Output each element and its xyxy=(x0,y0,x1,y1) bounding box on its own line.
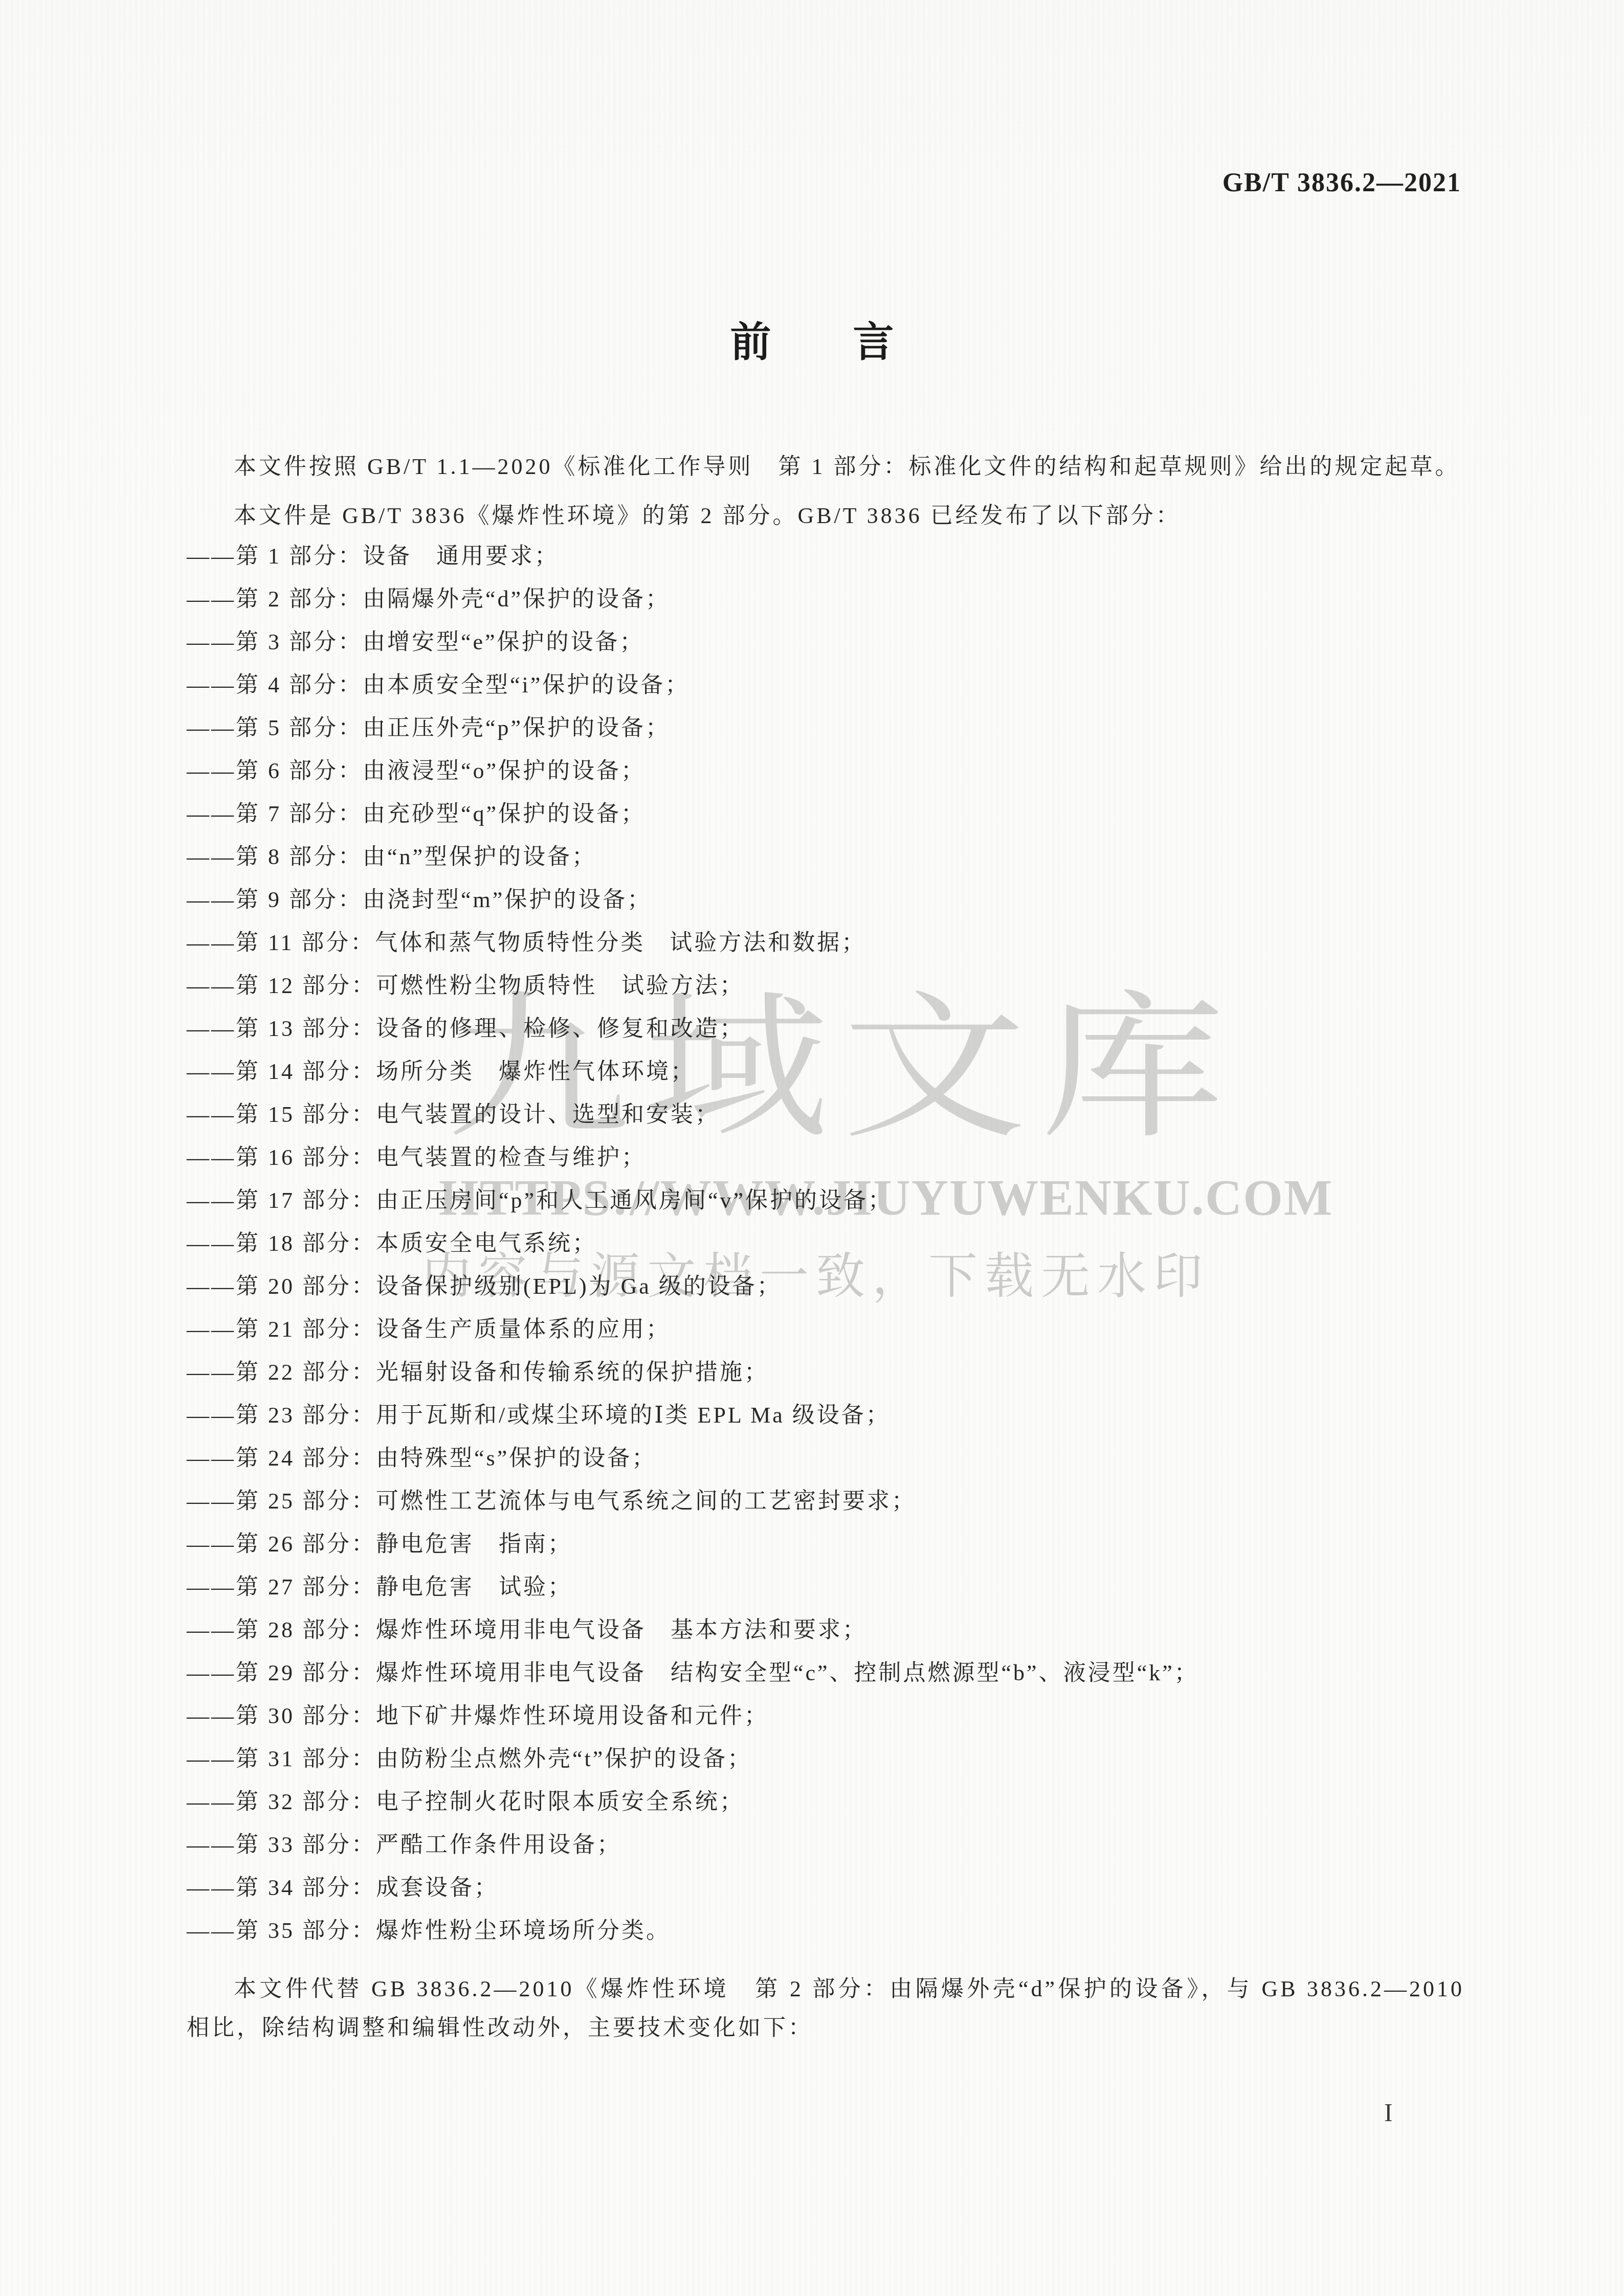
part-item: ——第 11 部分：气体和蒸气物质特性分类 试验方法和数据； xyxy=(187,921,1464,964)
part-item: ——第 30 部分：地下矿井爆炸性环境用设备和元件； xyxy=(187,1695,1464,1738)
part-item: ——第 34 部分：成套设备； xyxy=(187,1866,1464,1909)
part-item: ——第 3 部分：由增安型“e”保护的设备； xyxy=(187,621,1464,664)
part-item: ——第 31 部分：由防粉尘点燃外壳“t”保护的设备； xyxy=(187,1738,1464,1781)
part-item: ——第 18 部分：本质安全电气系统； xyxy=(187,1222,1464,1265)
part-item: ——第 26 部分：静电危害 指南； xyxy=(187,1523,1464,1566)
part-item: ——第 9 部分：由浇封型“m”保护的设备； xyxy=(187,879,1464,921)
intro-paragraph-2: 本文件是 GB/T 3836《爆炸性环境》的第 2 部分。GB/T 3836 已… xyxy=(187,497,1464,535)
part-item: ——第 1 部分：设备 通用要求； xyxy=(187,535,1464,578)
part-item: ——第 12 部分：可燃性粉尘物质特性 试验方法； xyxy=(187,964,1464,1007)
page-title: 前 言 xyxy=(0,309,1624,368)
part-item: ——第 22 部分：光辐射设备和传输系统的保护措施； xyxy=(187,1351,1464,1394)
part-item: ——第 29 部分：爆炸性环境用非电气设备 结构安全型“c”、控制点燃源型“b”… xyxy=(187,1652,1464,1695)
part-item: ——第 17 部分：由正压房间“p”和人工通风房间“v”保护的设备； xyxy=(187,1179,1464,1222)
parts-list: ——第 1 部分：设备 通用要求； ——第 2 部分：由隔爆外壳“d”保护的设备… xyxy=(187,535,1464,1952)
part-item: ——第 24 部分：由特殊型“s”保护的设备； xyxy=(187,1437,1464,1480)
standard-number: GB/T 3836.2—2021 xyxy=(1222,168,1461,198)
intro-paragraph-1: 本文件按照 GB/T 1.1—2020《标准化工作导则 第 1 部分：标准化文件… xyxy=(187,448,1464,486)
part-item: ——第 6 部分：由液浸型“o”保护的设备； xyxy=(187,750,1464,793)
part-item: ——第 32 部分：电子控制火花时限本质安全系统； xyxy=(187,1781,1464,1824)
part-item: ——第 27 部分：静电危害 试验； xyxy=(187,1566,1464,1609)
part-item: ——第 5 部分：由正压外壳“p”保护的设备； xyxy=(187,707,1464,750)
part-item: ——第 23 部分：用于瓦斯和/或煤尘环境的Ⅰ类 EPL Ma 级设备； xyxy=(187,1394,1464,1437)
document-page: 九域文库 HTTPS://WWW.JIUYUWENKU.COM 内容与源文档一致… xyxy=(0,0,1624,2296)
part-item: ——第 20 部分：设备保护级别(EPL)为 Ga 级的设备； xyxy=(187,1265,1464,1308)
part-item: ——第 16 部分：电气装置的检查与维护； xyxy=(187,1136,1464,1179)
part-item: ——第 28 部分：爆炸性环境用非电气设备 基本方法和要求； xyxy=(187,1609,1464,1652)
closing-paragraph: 本文件代替 GB 3836.2—2010《爆炸性环境 第 2 部分：由隔爆外壳“… xyxy=(187,1970,1464,2047)
foreword-content: 本文件按照 GB/T 1.1—2020《标准化工作导则 第 1 部分：标准化文件… xyxy=(187,448,1464,2047)
part-item: ——第 7 部分：由充砂型“q”保护的设备； xyxy=(187,793,1464,836)
part-item: ——第 8 部分：由“n”型保护的设备； xyxy=(187,836,1464,879)
part-item: ——第 25 部分：可燃性工艺流体与电气系统之间的工艺密封要求； xyxy=(187,1480,1464,1523)
page-number: I xyxy=(1384,2098,1393,2127)
part-item: ——第 33 部分：严酷工作条件用设备； xyxy=(187,1824,1464,1866)
part-item: ——第 21 部分：设备生产质量体系的应用； xyxy=(187,1308,1464,1351)
part-item: ——第 15 部分：电气装置的设计、选型和安装； xyxy=(187,1093,1464,1136)
part-item: ——第 13 部分：设备的修理、检修、修复和改造； xyxy=(187,1007,1464,1050)
part-item: ——第 4 部分：由本质安全型“i”保护的设备； xyxy=(187,664,1464,707)
part-item: ——第 35 部分：爆炸性粉尘环境场所分类。 xyxy=(187,1909,1464,1952)
part-item: ——第 14 部分：场所分类 爆炸性气体环境； xyxy=(187,1050,1464,1093)
part-item: ——第 2 部分：由隔爆外壳“d”保护的设备； xyxy=(187,578,1464,621)
